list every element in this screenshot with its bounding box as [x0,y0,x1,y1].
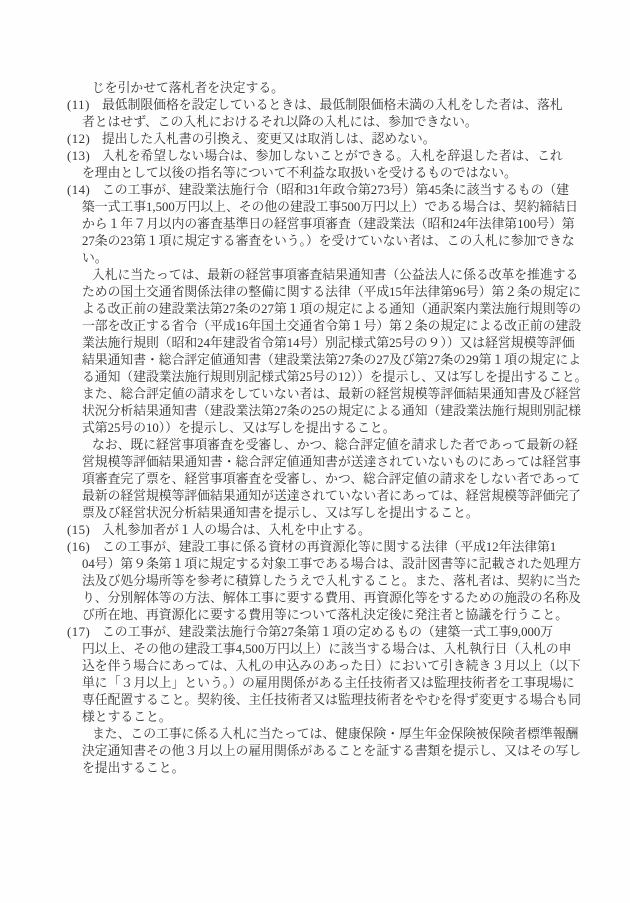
text-line: また、この工事に係る入札に当たっては、健康保険・厚生年金保険被保険者標準報酬 [0,726,630,743]
line-text: 提出した入札書の引換え、変更又は取消しは、認めない。 [102,132,436,146]
clause-line: (15)入札参加者が１人の場合は、入札を中止する。 [0,522,630,539]
line-text: この工事が、建設工事に係る資材の再資源化等に関する法律（平成12年法律第1 [102,540,556,554]
text-line: から１年７月以内の審査基準日の経営事項審査（建設業法（昭和24年法律第100号）… [0,216,630,233]
clause-number: (17) [67,624,102,641]
text-line: 築一式工事1,500万円以上、その他の建設工事500万円以上）である場合は、契約… [0,199,630,216]
clause-number: (15) [67,522,102,539]
line-text: 票及び経営状況分析結果通知書を提示し、又は写しを提出すること。 [82,506,479,520]
line-text: 業法施行規則（昭和24年建設省令第14号）別記様式第25号の９））又は経営規模等… [82,336,575,350]
line-text: 一部を改正する省令（平成16年国土交通省令第１号）第２条の規定による改正前の建設 [82,319,581,333]
line-text: り、分別解体等の方法、解体工事に要する費用、再資源化等をするための施設の名称及 [82,591,581,605]
clause-line: (11)最低制限価格を設定しているときは、最低制限価格未満の入札をした者は、落札 [0,97,630,114]
text-line: 込を伴う場合にあっては、入札の申込みのあった日）において引き続き３月以上（以下 [0,658,630,675]
text-line: よる改正前の建設業法第27条の27第１項の規定による通知（通訳案内業法施行規則等… [0,301,630,318]
text-line: 27条の23第１項に規定する審査をいう。）を受けていない者は、この入札に参加でき… [0,233,630,250]
line-text: この工事が、建設業法施行令（昭和31年政令第273号）第45条に該当するもの（建 [102,183,569,197]
text-line: 営規模等評価結果通知書・総合評定値通知書が送達されていないものにあっては経営事 [0,454,630,471]
text-line: び所在地、再資源化に要する費用等について落札決定後に発注者と協議を行うこと。 [0,607,630,624]
text-line: 単に「３月以上」という。）の雇用関係がある主任技術者又は監理技術者を工事現場に [0,675,630,692]
clause-line: (12)提出した入札書の引換え、変更又は取消しは、認めない。 [0,131,630,148]
line-text: なお、既に経営事項審査を受審し、かつ、総合評定値を請求した者であって最新の経 [92,438,578,452]
text-line: ための国土交通省関係法律の整備に関する法律（平成15年法律第96号）第２条の規定… [0,284,630,301]
clause-line: (17)この工事が、建設業法施行令第27条第１項の定めるもの（建築一式工事9,0… [0,624,630,641]
text-line: り、分別解体等の方法、解体工事に要する費用、再資源化等をするための施設の名称及 [0,590,630,607]
text-line: なお、既に経営事項審査を受審し、かつ、総合評定値を請求した者であって最新の経 [0,437,630,454]
line-text: また、総合評定値の請求をしていない者は、最新の経営規模等評価結果通知書及び経営 [82,387,581,401]
line-text: 様とすること。 [82,710,172,724]
line-text: 最新の経営規模等評価結果通知が送達されていない者にあっては、経営規模等評価完了 [82,489,581,503]
text-line: 一部を改正する省令（平成16年国土交通省令第１号）第２条の規定による改正前の建設 [0,318,630,335]
document-body: じを引かせて落札者を決定する。(11)最低制限価格を設定しているときは、最低制限… [0,80,630,777]
line-text: る通知（建設業法施行規則別記様式第25号の12））を提示し、又は写しを提出するこ… [82,370,587,384]
text-line: 状況分析結果通知書（建設業法第27条の25の規定による通知（建設業法施行規則別記… [0,403,630,420]
text-line: 業法施行規則（昭和24年建設省令第14号）別記様式第25号の９））又は経営規模等… [0,335,630,352]
line-text: び所在地、再資源化に要する費用等について落札決定後に発注者と協議を行うこと。 [82,608,568,622]
text-line: 入札に当たっては、最新の経営事項審査結果通知書（公益法人に係る改革を推進する [0,267,630,284]
line-text: ための国土交通省関係法律の整備に関する法律（平成15年法律第96号）第２条の規定… [82,285,581,299]
line-text: また、この工事に係る入札に当たっては、健康保険・厚生年金保険被保険者標準報酬 [92,727,578,741]
text-line: 票及び経営状況分析結果通知書を提示し、又は写しを提出すること。 [0,505,630,522]
clause-number: (16) [67,539,102,556]
text-line: る通知（建設業法施行規則別記様式第25号の12））を提示し、又は写しを提出するこ… [0,369,630,386]
line-text: 決定通知書その他３月以上の雇用関係があることを証する書類を提示し、又はその写し [82,744,581,758]
clause-number: (12) [67,131,102,148]
line-text: 込を伴う場合にあっては、入札の申込みのあった日）において引き続き３月以上（以下 [82,659,581,673]
line-text: 専任配置すること。契約後、主任技術者又は監理技術者をやむを得ず変更する場合も同 [82,693,581,707]
line-text: 築一式工事1,500万円以上、その他の建設工事500万円以上）である場合は、契約… [82,200,578,214]
text-line: 法及び処分場所等を参考に積算したうえで入札すること。また、落札者は、契約に当た [0,573,630,590]
text-line: 決定通知書その他３月以上の雇用関係があることを証する書類を提示し、又はその写し [0,743,630,760]
text-line: 最新の経営規模等評価結果通知が送達されていない者にあっては、経営規模等評価完了 [0,488,630,505]
line-text: じを引かせて落札者を決定する。 [92,81,284,95]
document-page: じを引かせて落札者を決定する。(11)最低制限価格を設定しているときは、最低制限… [0,0,630,903]
line-text: 04号）第９条第１項に規定する対象工事である場合は、設計図書等に記載された処理方 [82,557,581,571]
line-text: 法及び処分場所等を参考に積算したうえで入札すること。また、落札者は、契約に当た [82,574,581,588]
clause-line: (16)この工事が、建設工事に係る資材の再資源化等に関する法律（平成12年法律第… [0,539,630,556]
text-line: じを引かせて落札者を決定する。 [0,80,630,97]
text-line: を提出すること。 [0,760,630,777]
text-line: を理由として以後の指名等について不利益な取扱いを受けるものではない。 [0,165,630,182]
line-text: 単に「３月以上」という。）の雇用関係がある主任技術者又は監理技術者を工事現場に [82,676,575,690]
text-line: 項審査完了票を、経営事項審査を受審し、かつ、総合評定値の請求をしない者であって [0,471,630,488]
text-line: 者とはせず、この入札におけるそれ以降の入札には、参加できない。 [0,114,630,131]
clause-number: (11) [67,97,102,114]
clause-line: (13)入札を希望しない場合は、参加しないことができる。入札を辞退した者は、これ [0,148,630,165]
line-text: い。 [82,251,108,265]
line-text: よる改正前の建設業法第27条の27第１項の規定による通知（通訳案内業法施行規則等… [82,302,581,316]
line-text: 状況分析結果通知書（建設業法第27条の25の規定による通知（建設業法施行規則別記… [82,404,581,418]
line-text: を理由として以後の指名等について不利益な取扱いを受けるものではない。 [82,166,517,180]
clause-line: (14)この工事が、建設業法施行令（昭和31年政令第273号）第45条に該当する… [0,182,630,199]
line-text: 結果通知書・総合評定値通知書（建設業法第27条の27及び第27条の29第１項の規… [82,353,581,367]
line-text: 式第25号の10））を提示し、又は写しを提出すること。 [82,421,396,435]
clause-number: (14) [67,182,102,199]
text-line: い。 [0,250,630,267]
line-text: 円以上、その他の建設工事4,500万円以上）に該当する場合は、入札執行日（入札の… [82,642,571,656]
line-text: 者とはせず、この入札におけるそれ以降の入札には、参加できない。 [82,115,478,129]
line-text: から１年７月以内の審査基準日の経営事項審査（建設業法（昭和24年法律第100号）… [82,217,575,231]
line-text: 営規模等評価結果通知書・総合評定値通知書が送達されていないものにあっては経営事 [82,455,581,469]
line-text: 項審査完了票を、経営事項審査を受審し、かつ、総合評定値の請求をしない者であって [82,472,580,486]
text-line: 04号）第９条第１項に規定する対象工事である場合は、設計図書等に記載された処理方 [0,556,630,573]
line-text: 入札を希望しない場合は、参加しないことができる。入札を辞退した者は、これ [102,149,563,163]
text-line: 式第25号の10））を提示し、又は写しを提出すること。 [0,420,630,437]
line-text: 最低制限価格を設定しているときは、最低制限価格未満の入札をした者は、落札 [102,98,563,112]
line-text: を提出すること。 [82,761,184,775]
line-text: 27条の23第１項に規定する審査をいう。）を受けていない者は、この入札に参加でき… [82,234,575,248]
line-text: 入札参加者が１人の場合は、入札を中止する。 [102,523,371,537]
line-text: この工事が、建設業法施行令第27条第１項の定めるもの（建築一式工事9,000万 [102,625,553,639]
clause-number: (13) [67,148,102,165]
text-line: 結果通知書・総合評定値通知書（建設業法第27条の27及び第27条の29第１項の規… [0,352,630,369]
line-text: 入札に当たっては、最新の経営事項審査結果通知書（公益法人に係る改革を推進する [92,268,578,282]
text-line: 円以上、その他の建設工事4,500万円以上）に該当する場合は、入札執行日（入札の… [0,641,630,658]
text-line: 専任配置すること。契約後、主任技術者又は監理技術者をやむを得ず変更する場合も同 [0,692,630,709]
text-line: 様とすること。 [0,709,630,726]
text-line: また、総合評定値の請求をしていない者は、最新の経営規模等評価結果通知書及び経営 [0,386,630,403]
